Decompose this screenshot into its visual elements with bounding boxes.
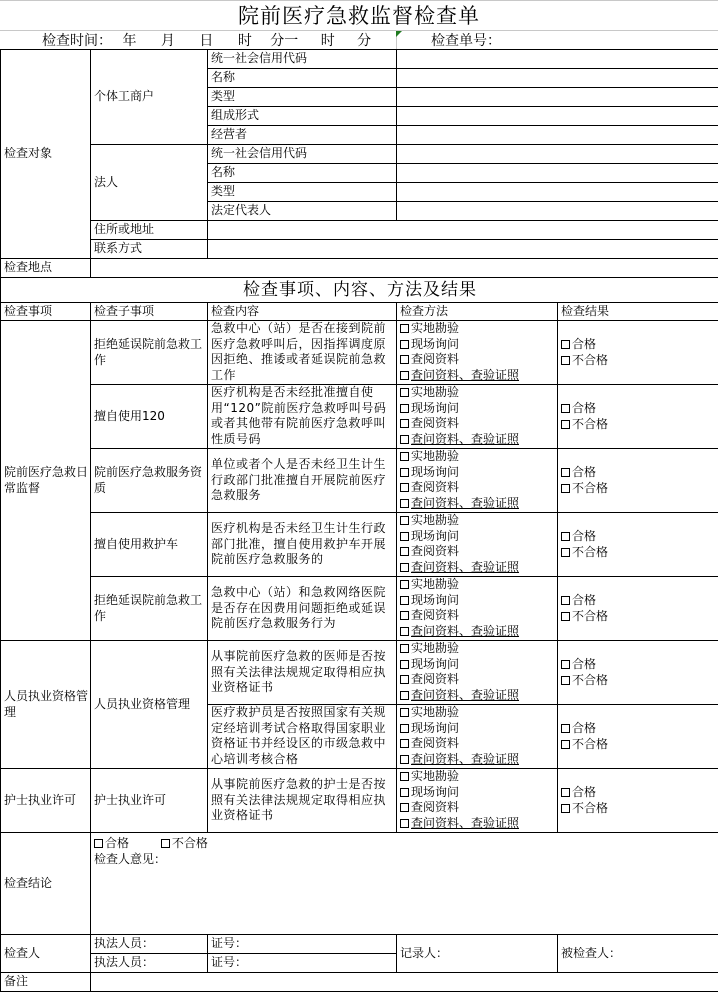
checkbox-icon[interactable] — [400, 755, 409, 764]
method-option[interactable]: 实地勘验 — [400, 449, 555, 465]
contact-label: 联系方式 — [91, 240, 208, 259]
group-item-daily-supervision: 院前医疗急救日常监督 — [1, 321, 91, 641]
subitem: 擅自使用救护车 — [91, 513, 208, 577]
time-year[interactable]: 年 — [122, 33, 136, 49]
table-row: 擅自使用120 医疗机构是否未经批准擅自使用“120”院前医疗急救呼叫号码或者其… — [1, 385, 718, 449]
inspector-opinion-label: 检查人意见： — [94, 852, 716, 868]
checkbox-icon[interactable] — [400, 516, 409, 525]
checkbox-icon[interactable] — [561, 532, 570, 541]
checkbox-icon[interactable] — [400, 452, 409, 461]
result-pass[interactable]: 合格 — [561, 657, 716, 673]
subitem: 院前医疗急救服务资质 — [91, 449, 208, 513]
checkbox-icon[interactable] — [561, 548, 570, 557]
method-option[interactable]: 查问资料、查验证照 — [400, 432, 555, 448]
method-option[interactable]: 查阅资料 — [400, 352, 555, 368]
table-row: 拒绝延误院前急救工作 急救中心（站）和急救网络医院是否存在因费用问题拒绝或延误院… — [1, 577, 718, 641]
individual-field-form: 组成形式 — [208, 107, 397, 126]
inspection-content: 医疗机构是否未经卫生计生行政部门批准，擅自使用救护车开展院前医疗急救服务的 — [208, 513, 397, 577]
individual-label: 个体工商户 — [91, 50, 208, 145]
checkbox-icon[interactable] — [561, 660, 570, 669]
checkbox-icon[interactable] — [400, 532, 409, 541]
method-option[interactable]: 查问资料、查验证照 — [400, 688, 555, 704]
inspection-form-table: 检查对象 个体工商户 统一社会信用代码 名称 类型 组成形式 经营者 法人 统一… — [0, 49, 718, 992]
inspected-party-field[interactable]: 被检查人： — [558, 935, 718, 973]
method-option[interactable]: 实地勘验 — [400, 705, 555, 721]
time-day[interactable]: 日 — [199, 33, 213, 49]
method-options: 实地勘验 现场询问 查阅资料 查问资料、查验证照 — [397, 321, 558, 385]
checkbox-icon[interactable] — [561, 484, 570, 493]
individual-credit-code-value[interactable] — [397, 50, 718, 69]
checkbox-icon[interactable] — [400, 691, 409, 700]
result-fail[interactable]: 不合格 — [561, 417, 716, 433]
legal-person-label: 法人 — [91, 145, 208, 221]
checkbox-icon[interactable] — [561, 804, 570, 813]
conclusion-label: 检查结论 — [1, 833, 91, 935]
column-header-method: 检查方法 — [397, 303, 558, 321]
individual-field-name: 名称 — [208, 69, 397, 88]
result-fail[interactable]: 不合格 — [561, 545, 716, 561]
checkbox-icon[interactable] — [400, 388, 409, 397]
method-options: 实地勘验 现场询问 查阅资料 查问资料、查验证照 — [397, 385, 558, 449]
method-option[interactable]: 查问资料、查验证照 — [400, 368, 555, 384]
recorder-field[interactable]: 记录人： — [397, 935, 558, 973]
location-label: 检查地点 — [1, 259, 91, 278]
method-option[interactable]: 现场询问 — [400, 401, 555, 417]
result-options: 合格 不合格 — [558, 769, 718, 833]
legal-field-name: 名称 — [208, 164, 397, 183]
result-pass[interactable]: 合格 — [561, 529, 716, 545]
method-option[interactable]: 查问资料、查验证照 — [400, 624, 555, 640]
inspection-content: 急救中心（站）和急救网络医院是否存在因费用问题拒绝或延误院前医疗急救服务行为 — [208, 577, 397, 641]
individual-field-type: 类型 — [208, 88, 397, 107]
column-header-item: 检查事项 — [1, 303, 91, 321]
checkbox-icon[interactable] — [561, 788, 570, 797]
individual-name-value[interactable] — [397, 69, 718, 88]
inspection-number[interactable]: 检查单号： — [431, 31, 501, 49]
checkbox-icon[interactable] — [400, 772, 409, 781]
method-option[interactable]: 查阅资料 — [400, 416, 555, 432]
result-pass[interactable]: 合格 — [561, 785, 716, 801]
result-pass[interactable]: 合格 — [561, 337, 716, 353]
result-options: 合格 不合格 — [558, 449, 718, 513]
subject-label: 检查对象 — [1, 50, 91, 259]
result-fail[interactable]: 不合格 — [561, 673, 716, 689]
subitem: 拒绝延误院前急救工作 — [91, 321, 208, 385]
conclusion-fail[interactable]: 不合格 — [161, 836, 208, 850]
conclusion-cell[interactable]: 合格 不合格 检查人意见： — [91, 833, 718, 935]
checkbox-icon[interactable] — [561, 468, 570, 477]
checkbox-icon[interactable] — [561, 420, 570, 429]
checkbox-icon[interactable] — [561, 596, 570, 605]
result-fail[interactable]: 不合格 — [561, 737, 716, 753]
legal-credit-code-value[interactable] — [397, 145, 718, 164]
legal-representative-value[interactable] — [397, 202, 718, 221]
table-row: 院前医疗急救日常监督 拒绝延误院前急救工作 急救中心（站）是否在接到院前医疗急救… — [1, 321, 718, 385]
method-options: 实地勘验 现场询问 查阅资料 查问资料、查验证照 — [397, 705, 558, 769]
method-option[interactable]: 查问资料、查验证照 — [400, 496, 555, 512]
method-options: 实地勘验 现场询问 查阅资料 查问资料、查验证照 — [397, 449, 558, 513]
inspection-content: 单位或者个人是否未经卫生计生行政部门批准擅自开展院前医疗急救服务 — [208, 449, 397, 513]
column-header-result: 检查结果 — [558, 303, 718, 321]
checkbox-icon[interactable] — [400, 708, 409, 717]
remarks-label: 备注 — [1, 973, 91, 992]
address-value[interactable] — [208, 221, 718, 240]
method-option[interactable]: 实地勘验 — [400, 769, 555, 785]
column-header-content: 检查内容 — [208, 303, 397, 321]
result-options: 合格 不合格 — [558, 321, 718, 385]
result-pass[interactable]: 合格 — [561, 401, 716, 417]
checkbox-icon[interactable] — [400, 580, 409, 589]
column-header-subitem: 检查子事项 — [91, 303, 208, 321]
method-option[interactable]: 现场询问 — [400, 465, 555, 481]
individual-operator-value[interactable] — [397, 126, 718, 145]
method-option[interactable]: 查阅资料 — [400, 544, 555, 560]
time-minute-end[interactable]: 分 — [357, 33, 371, 49]
checkbox-icon[interactable] — [561, 740, 570, 749]
result-fail[interactable]: 不合格 — [561, 481, 716, 497]
legal-field-type: 类型 — [208, 183, 397, 202]
method-option[interactable]: 现场询问 — [400, 337, 555, 353]
contact-value[interactable] — [208, 240, 718, 259]
checkbox-icon[interactable] — [561, 676, 570, 685]
checkbox-icon[interactable] — [400, 324, 409, 333]
result-pass[interactable]: 合格 — [561, 593, 716, 609]
checkbox-icon[interactable] — [400, 563, 409, 572]
method-option[interactable]: 实地勘验 — [400, 577, 555, 593]
time-hour-start[interactable]: 时 — [238, 33, 252, 49]
checkbox-icon[interactable] — [400, 611, 409, 620]
checkbox-icon[interactable] — [400, 340, 409, 349]
checkbox-icon[interactable] — [400, 419, 409, 428]
checkbox-icon[interactable] — [400, 371, 409, 380]
checkbox-icon[interactable] — [400, 627, 409, 636]
table-row: 擅自使用救护车 医疗机构是否未经卫生计生行政部门批准，擅自使用救护车开展院前医疗… — [1, 513, 718, 577]
legal-field-credit-code: 统一社会信用代码 — [208, 145, 397, 164]
group-item-nurse-license: 护士执业许可 — [1, 769, 91, 833]
checkbox-icon[interactable] — [561, 724, 570, 733]
method-options: 实地勘验 现场询问 查阅资料 查问资料、查验证照 — [397, 641, 558, 705]
result-options: 合格 不合格 — [558, 705, 718, 769]
checkbox-icon[interactable] — [400, 803, 409, 812]
method-options: 实地勘验 现场询问 查阅资料 查问资料、查验证照 — [397, 769, 558, 833]
result-fail[interactable]: 不合格 — [561, 353, 716, 369]
checkbox-icon[interactable] — [400, 788, 409, 797]
checkbox-icon[interactable] — [400, 483, 409, 492]
location-value[interactable] — [91, 259, 718, 278]
inspection-time-label: 检查时间： — [42, 33, 112, 49]
inspection-content: 医疗救护员是否按照国家有关规定经培训考试合格取得国家职业资格证书并经设区的市级急… — [208, 705, 397, 769]
address-label: 住所或地址 — [91, 221, 208, 240]
checkbox-icon[interactable] — [400, 660, 409, 669]
method-option[interactable]: 实地勘验 — [400, 321, 555, 337]
method-option[interactable]: 现场询问 — [400, 785, 555, 801]
checkbox-icon[interactable] — [400, 596, 409, 605]
method-option[interactable]: 查阅资料 — [400, 480, 555, 496]
subitem: 人员执业资格管理 — [91, 641, 208, 769]
legal-name-value[interactable] — [397, 164, 718, 183]
method-option[interactable]: 查问资料、查验证照 — [400, 816, 555, 832]
cell-comment-marker-icon — [396, 31, 402, 37]
subitem: 擅自使用120 — [91, 385, 208, 449]
checkbox-icon[interactable] — [561, 340, 570, 349]
result-options: 合格 不合格 — [558, 577, 718, 641]
inspector-label: 检查人 — [1, 935, 91, 973]
checkbox-icon[interactable] — [561, 356, 570, 365]
inspection-content: 急救中心（站）是否在接到院前医疗急救呼叫后，因指挥调度原因拒绝、推诿或者延误院前… — [208, 321, 397, 385]
conclusion-pass[interactable]: 合格 — [94, 836, 129, 850]
cert-2-field[interactable]: 证号： — [208, 954, 397, 973]
checkbox-icon[interactable] — [161, 839, 170, 848]
table-row: 院前医疗急救服务资质 单位或者个人是否未经卫生计生行政部门批准擅自开展院前医疗急… — [1, 449, 718, 513]
inspection-number-label: 检查单号： — [431, 33, 501, 49]
individual-form-value[interactable] — [397, 107, 718, 126]
subitem: 护士执业许可 — [91, 769, 208, 833]
inspection-content: 从事院前医疗急救的护士是否按照有关法律法规规定取得相应执业资格证书 — [208, 769, 397, 833]
method-option[interactable]: 查阅资料 — [400, 672, 555, 688]
method-options: 实地勘验 现场询问 查阅资料 查问资料、查验证照 — [397, 577, 558, 641]
legal-type-value[interactable] — [397, 183, 718, 202]
individual-type-value[interactable] — [397, 88, 718, 107]
checkbox-icon[interactable] — [400, 724, 409, 733]
checkbox-icon[interactable] — [400, 644, 409, 653]
checkbox-icon[interactable] — [400, 739, 409, 748]
legal-field-representative: 法定代表人 — [208, 202, 397, 221]
method-option[interactable]: 实地勘验 — [400, 513, 555, 529]
method-option[interactable]: 查阅资料 — [400, 608, 555, 624]
checkbox-icon[interactable] — [400, 499, 409, 508]
method-options: 实地勘验 现场询问 查阅资料 查问资料、查验证照 — [397, 513, 558, 577]
inspection-content: 医疗机构是否未经批准擅自使用“120”院前医疗急救呼叫号码或者其他带有院前医疗急… — [208, 385, 397, 449]
method-option[interactable]: 实地勘验 — [400, 641, 555, 657]
result-options: 合格 不合格 — [558, 385, 718, 449]
checkbox-icon[interactable] — [400, 435, 409, 444]
table-row: 护士执业许可 护士执业许可 从事院前医疗急救的护士是否按照有关法律法规规定取得相… — [1, 769, 718, 833]
result-pass[interactable]: 合格 — [561, 721, 716, 737]
result-options: 合格 不合格 — [558, 641, 718, 705]
method-option[interactable]: 查阅资料 — [400, 736, 555, 752]
conclusion-row: 检查结论 合格 不合格 检查人意见： — [1, 833, 718, 935]
method-option[interactable]: 查问资料、查验证照 — [400, 752, 555, 768]
inspection-content: 从事院前医疗急救的医师是否按照有关法律法规规定取得相应执业资格证书 — [208, 641, 397, 705]
checkbox-icon[interactable] — [94, 839, 103, 848]
checkbox-icon[interactable] — [400, 547, 409, 556]
officer-2-field[interactable]: 执法人员： — [91, 954, 208, 973]
checkbox-icon[interactable] — [400, 404, 409, 413]
time-hour-end[interactable]: 时 — [321, 33, 335, 49]
time-minute-start[interactable]: 分一 — [270, 33, 298, 49]
method-option[interactable]: 查问资料、查验证照 — [400, 560, 555, 576]
checkbox-icon[interactable] — [400, 675, 409, 684]
checkbox-icon[interactable] — [561, 612, 570, 621]
result-pass[interactable]: 合格 — [561, 465, 716, 481]
method-option[interactable]: 实地勘验 — [400, 385, 555, 401]
method-option[interactable]: 现场询问 — [400, 657, 555, 673]
remarks-value[interactable] — [91, 973, 718, 992]
checkbox-icon[interactable] — [400, 468, 409, 477]
checkbox-icon[interactable] — [400, 819, 409, 828]
method-option[interactable]: 现场询问 — [400, 529, 555, 545]
officer-1-field[interactable]: 执法人员： — [91, 935, 208, 954]
cert-1-field[interactable]: 证号： — [208, 935, 397, 954]
method-option[interactable]: 查阅资料 — [400, 800, 555, 816]
inspection-time: 检查时间： 年 月 日 时 分一 时 分 — [42, 31, 371, 49]
form-title: 院前医疗急救监督检查单 — [0, 2, 718, 30]
result-fail[interactable]: 不合格 — [561, 801, 716, 817]
sheet-top-line — [0, 0, 718, 1]
subitem: 拒绝延误院前急救工作 — [91, 577, 208, 641]
individual-field-operator: 经营者 — [208, 126, 397, 145]
table-row: 人员执业资格管理 人员执业资格管理 从事院前医疗急救的医师是否按照有关法律法规规… — [1, 641, 718, 705]
method-option[interactable]: 现场询问 — [400, 721, 555, 737]
method-option[interactable]: 现场询问 — [400, 593, 555, 609]
result-options: 合格 不合格 — [558, 513, 718, 577]
checkbox-icon[interactable] — [561, 404, 570, 413]
section-title: 检查事项、内容、方法及结果 — [1, 278, 718, 303]
time-month[interactable]: 月 — [161, 33, 175, 49]
result-fail[interactable]: 不合格 — [561, 609, 716, 625]
group-item-personnel-qualification: 人员执业资格管理 — [1, 641, 91, 769]
individual-field-credit-code: 统一社会信用代码 — [208, 50, 397, 69]
checkbox-icon[interactable] — [400, 355, 409, 364]
